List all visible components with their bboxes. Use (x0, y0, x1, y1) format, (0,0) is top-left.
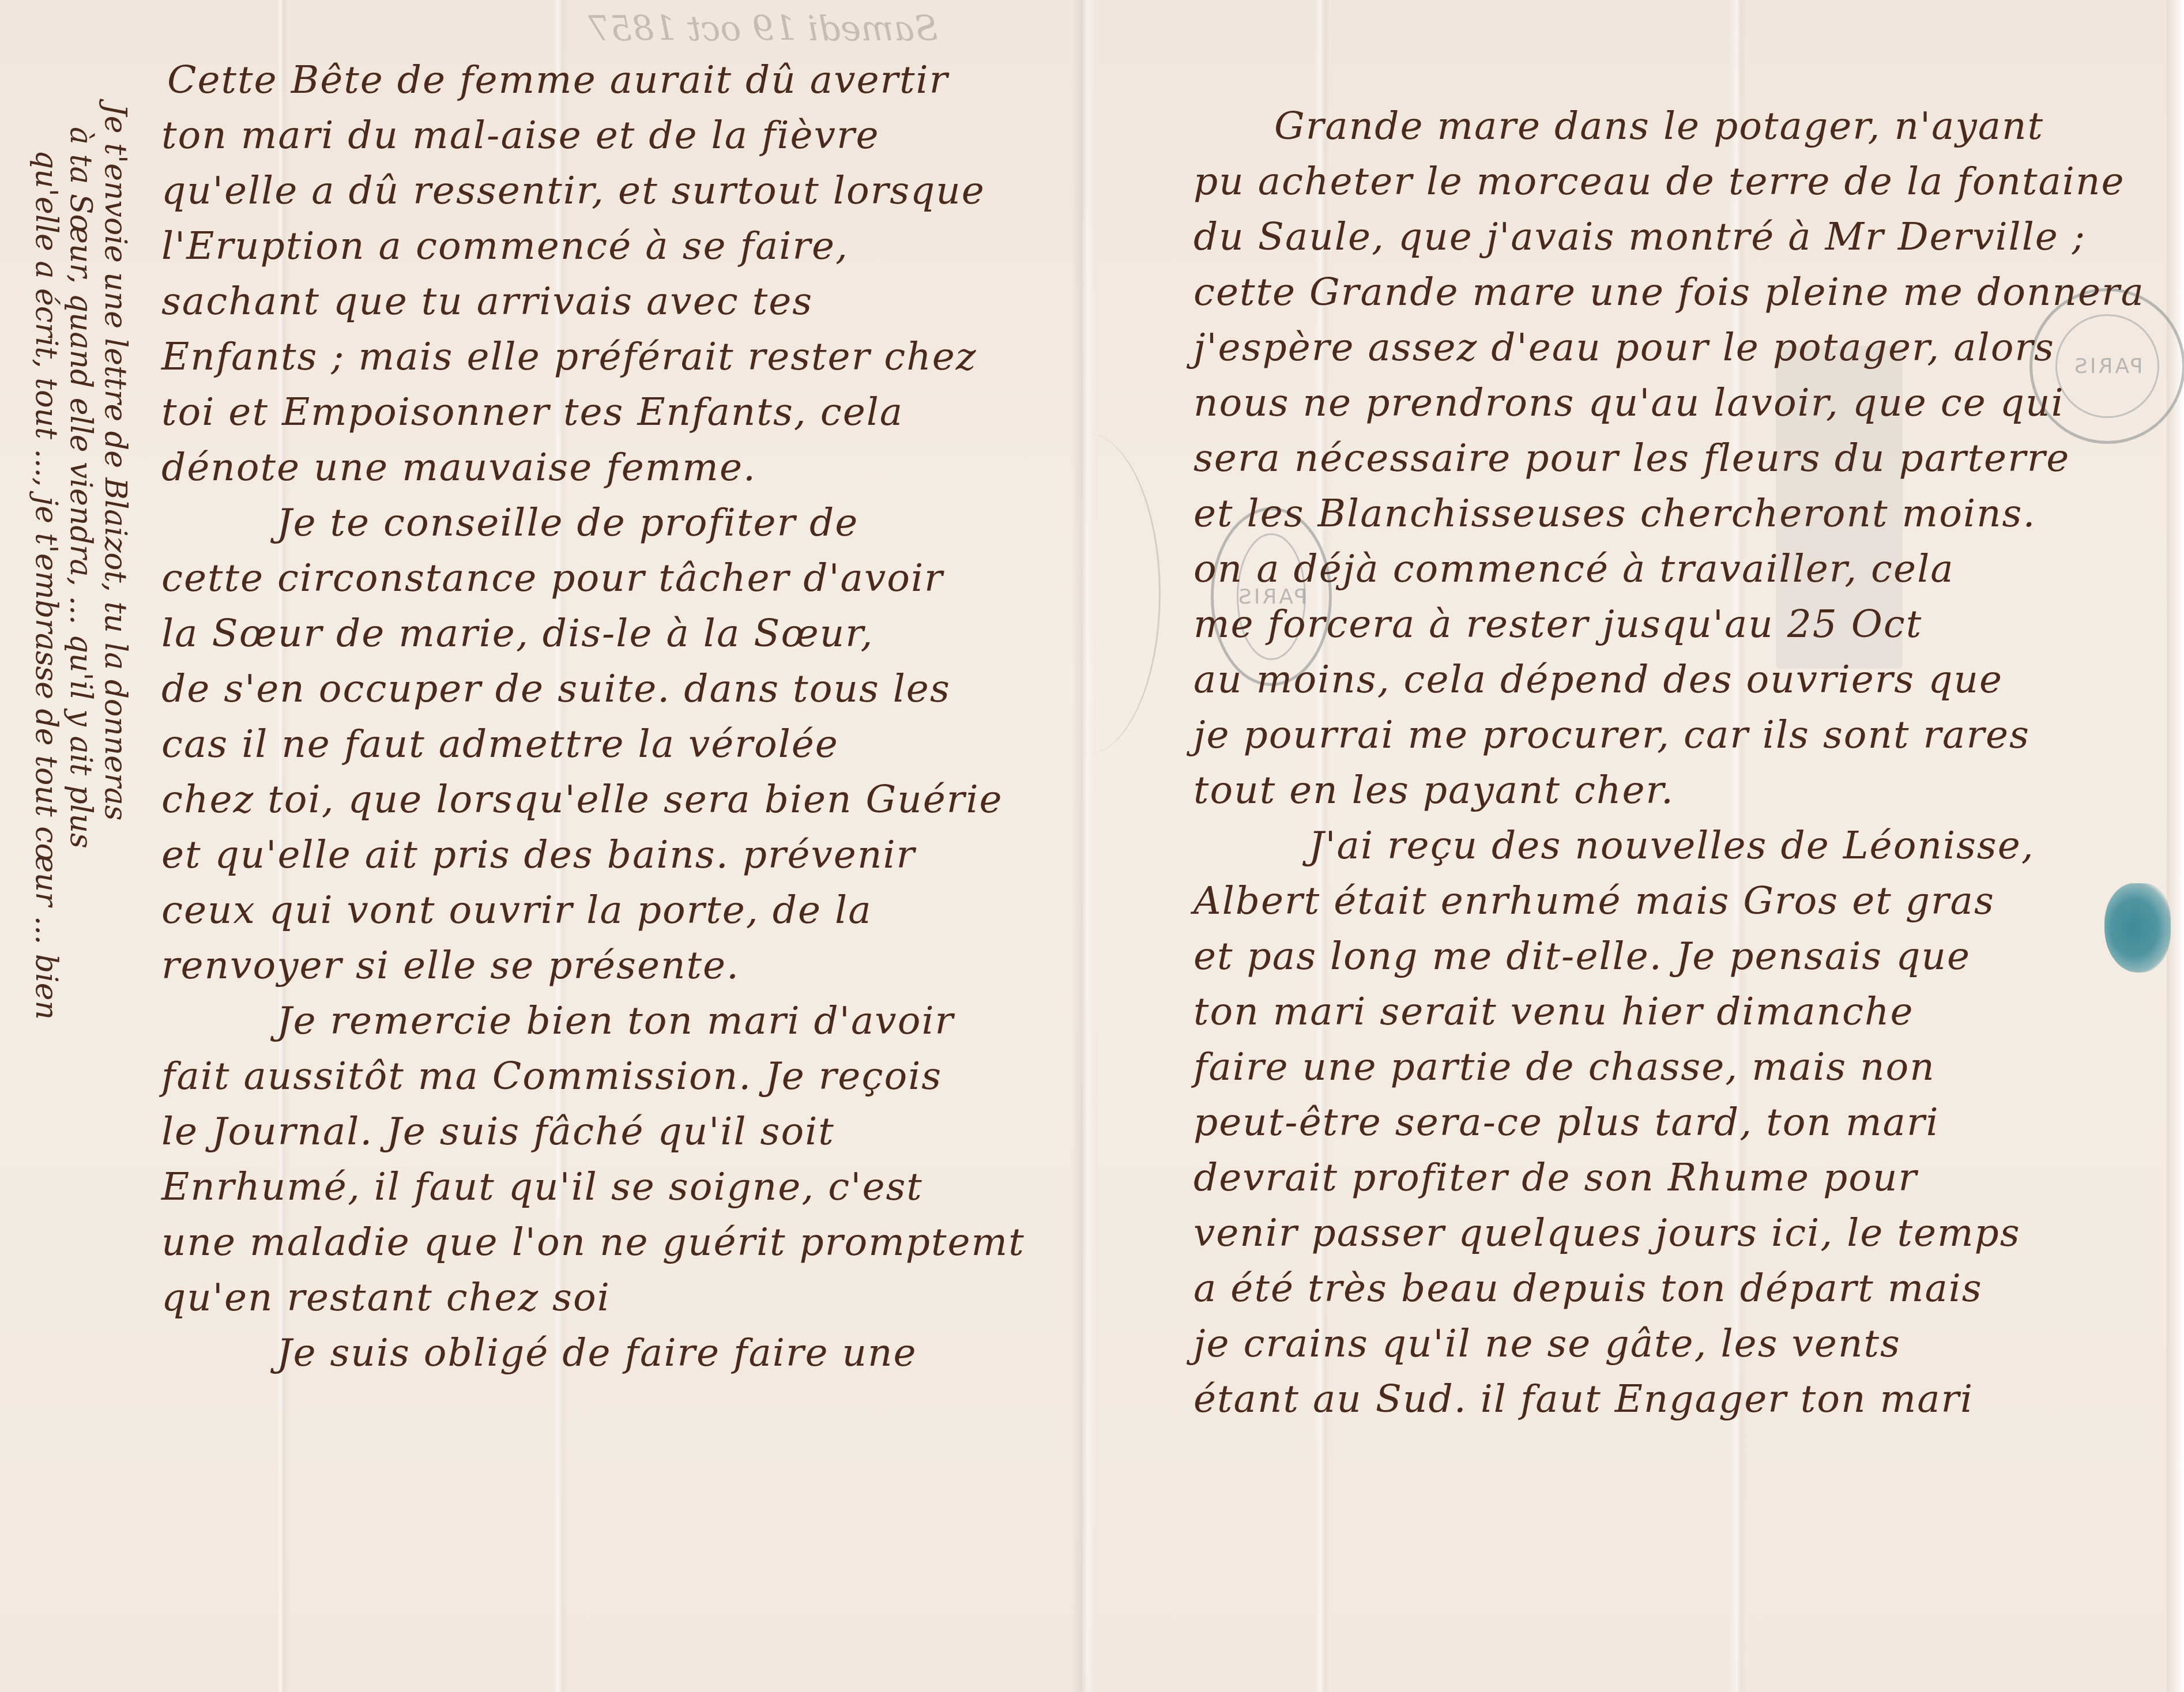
letter-sheet: Samedi 19 oct 1857 PARIS PARIS Je t'envo… (0, 0, 2184, 1692)
text-line: renvoyer si elle se présente. (161, 943, 740, 988)
text-line: Cette Bête de femme aurait dû avertir (167, 58, 948, 102)
text-line: chez toi, que lorsqu'elle sera bien Guér… (161, 777, 1003, 821)
text-line: Enrhumé, il faut qu'il se soigne, c'est (161, 1165, 923, 1209)
text-line: au moins, cela dépend des ouvriers que (1193, 657, 2003, 702)
text-line: peut-être sera-ce plus tard, ton mari (1193, 1100, 1940, 1144)
text-line: Je remercie bien ton mari d'avoir (161, 998, 954, 1043)
text-line: cette circonstance pour tâcher d'avoir (161, 556, 944, 600)
text-line: Je te conseille de profiter de (161, 500, 858, 545)
text-line: étant au Sud. il faut Engager ton mari (1193, 1377, 1974, 1421)
text-line: Enfants ; mais elle préférait rester che… (161, 334, 977, 379)
text-line: l'Eruption a commencé à se faire, (161, 224, 849, 268)
text-line: nous ne prendrons qu'au lavoir, que ce q… (1193, 380, 2065, 425)
margin-line: à ta Sœur, quand elle viendra, ... qu'il… (63, 127, 98, 849)
paper-edge (2167, 0, 2184, 1692)
text-line: et pas long me dit-elle. Je pensais que (1193, 934, 1971, 978)
right-page: Grande mare dans le potager, n'ayant pu … (1130, 0, 2162, 1692)
text-line: faire une partie de chasse, mais non (1193, 1045, 1936, 1089)
text-line: qu'elle a dû ressentir, et surtout lorsq… (161, 168, 985, 213)
text-line: devrait profiter de son Rhume pour (1193, 1155, 1918, 1200)
text-line: dénote une mauvaise femme. (161, 445, 756, 489)
text-line: Albert était enrhumé mais Gros et gras (1193, 879, 1995, 923)
text-line: je crains qu'il ne se gâte, les vents (1193, 1321, 1901, 1366)
text-line: venir passer quelques jours ici, le temp… (1193, 1211, 2021, 1255)
text-line: J'ai reçu des nouvelles de Léonisse, (1193, 823, 2035, 868)
left-page: Cette Bête de femme aurait dû avertir to… (133, 0, 1078, 1692)
text-line: du Saule, que j'avais montré à Mr Dervil… (1193, 214, 2086, 259)
text-line: ceux qui vont ouvrir la porte, de la (161, 888, 872, 932)
text-line: j'espère assez d'eau pour le potager, al… (1193, 325, 2055, 370)
text-line: Je suis obligé de faire faire une (161, 1331, 917, 1375)
text-line: et les Blanchisseuses chercheront moins. (1193, 491, 2036, 536)
text-line: ton mari du mal-aise et de la fièvre (161, 113, 880, 157)
text-line: a été très beau depuis ton départ mais (1193, 1266, 1983, 1310)
text-line: cette Grande mare une fois pleine me don… (1193, 270, 2145, 314)
text-line: fait aussitôt ma Commission. Je reçois (161, 1054, 942, 1098)
margin-line: qu'elle a écrit, tout ..., je t'embrasse… (29, 150, 63, 1020)
margin-line: Je t'envoie une lettre de Blaizot, tu la… (98, 104, 133, 821)
text-line: toi et Empoisonner tes Enfants, cela (161, 390, 903, 434)
text-line: le Journal. Je suis fâché qu'il soit (161, 1109, 835, 1154)
text-line: cas il ne faut admettre la vérolée (161, 722, 839, 766)
text-line: sachant que tu arrivais avec tes (161, 279, 813, 323)
margin-note: Je t'envoie une lettre de Blaizot, tu la… (12, 104, 144, 1603)
text-line: de s'en occuper de suite. dans tous les (161, 666, 951, 711)
text-line: pu acheter le morceau de terre de la fon… (1193, 159, 2125, 204)
text-line: qu'en restant chez soi (161, 1275, 611, 1320)
text-line: je pourrai me procurer, car ils sont rar… (1193, 713, 2030, 757)
text-line: tout en les payant cher. (1193, 768, 1674, 812)
text-line: me forcera à rester jusqu'au 25 Oct (1193, 602, 1922, 646)
text-line: ton mari serait venu hier dimanche (1193, 989, 1914, 1034)
text-line: sera nécessaire pour les fleurs du parte… (1193, 436, 2070, 480)
text-line: la Sœur de marie, dis-le à la Sœur, (161, 611, 874, 655)
text-line: on a déjà commencé à travailler, cela (1193, 547, 1955, 591)
text-line: Grande mare dans le potager, n'ayant (1159, 104, 2044, 148)
text-line: et qu'elle ait pris des bains. prévenir (161, 832, 916, 877)
text-line: une maladie que l'on ne guérit promptemt (161, 1220, 1025, 1264)
